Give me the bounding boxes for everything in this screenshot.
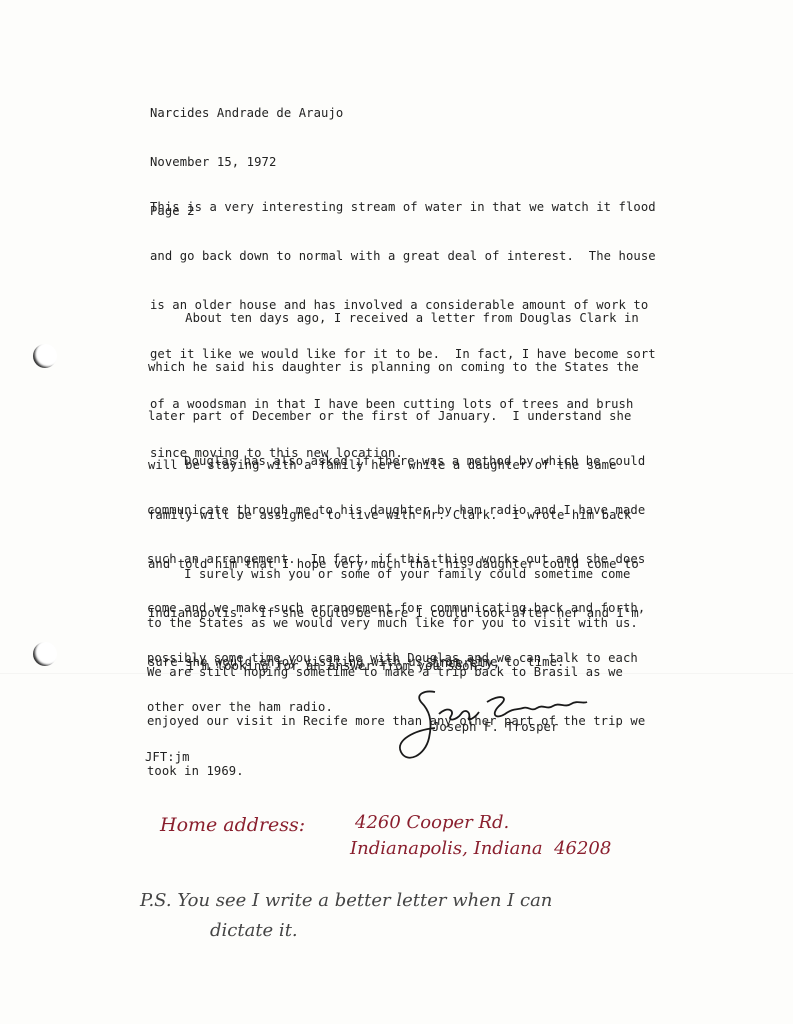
punch-hole-top (33, 344, 57, 368)
letter-page: Narcides Andrade de Araujo November 15, … (0, 0, 793, 1024)
recipient-name: Narcides Andrade de Araujo (150, 105, 343, 121)
valediction: Sincerely, (426, 655, 500, 671)
handwritten-address-label: Home address: (160, 814, 305, 836)
signer-name: Joseph F. Trosper (432, 719, 558, 735)
handwritten-address-line-2: Indianapolis, Indiana 46208 (350, 838, 611, 859)
typist-initials: JFT:jm (145, 749, 190, 765)
punch-hole-bottom (33, 642, 57, 666)
handwritten-postscript-line-1: P.S. You see I write a better letter whe… (140, 890, 552, 911)
handwritten-postscript-line-2: dictate it. (210, 920, 298, 941)
handwritten-address-line-1: 4260 Cooper Rd. (355, 812, 509, 833)
